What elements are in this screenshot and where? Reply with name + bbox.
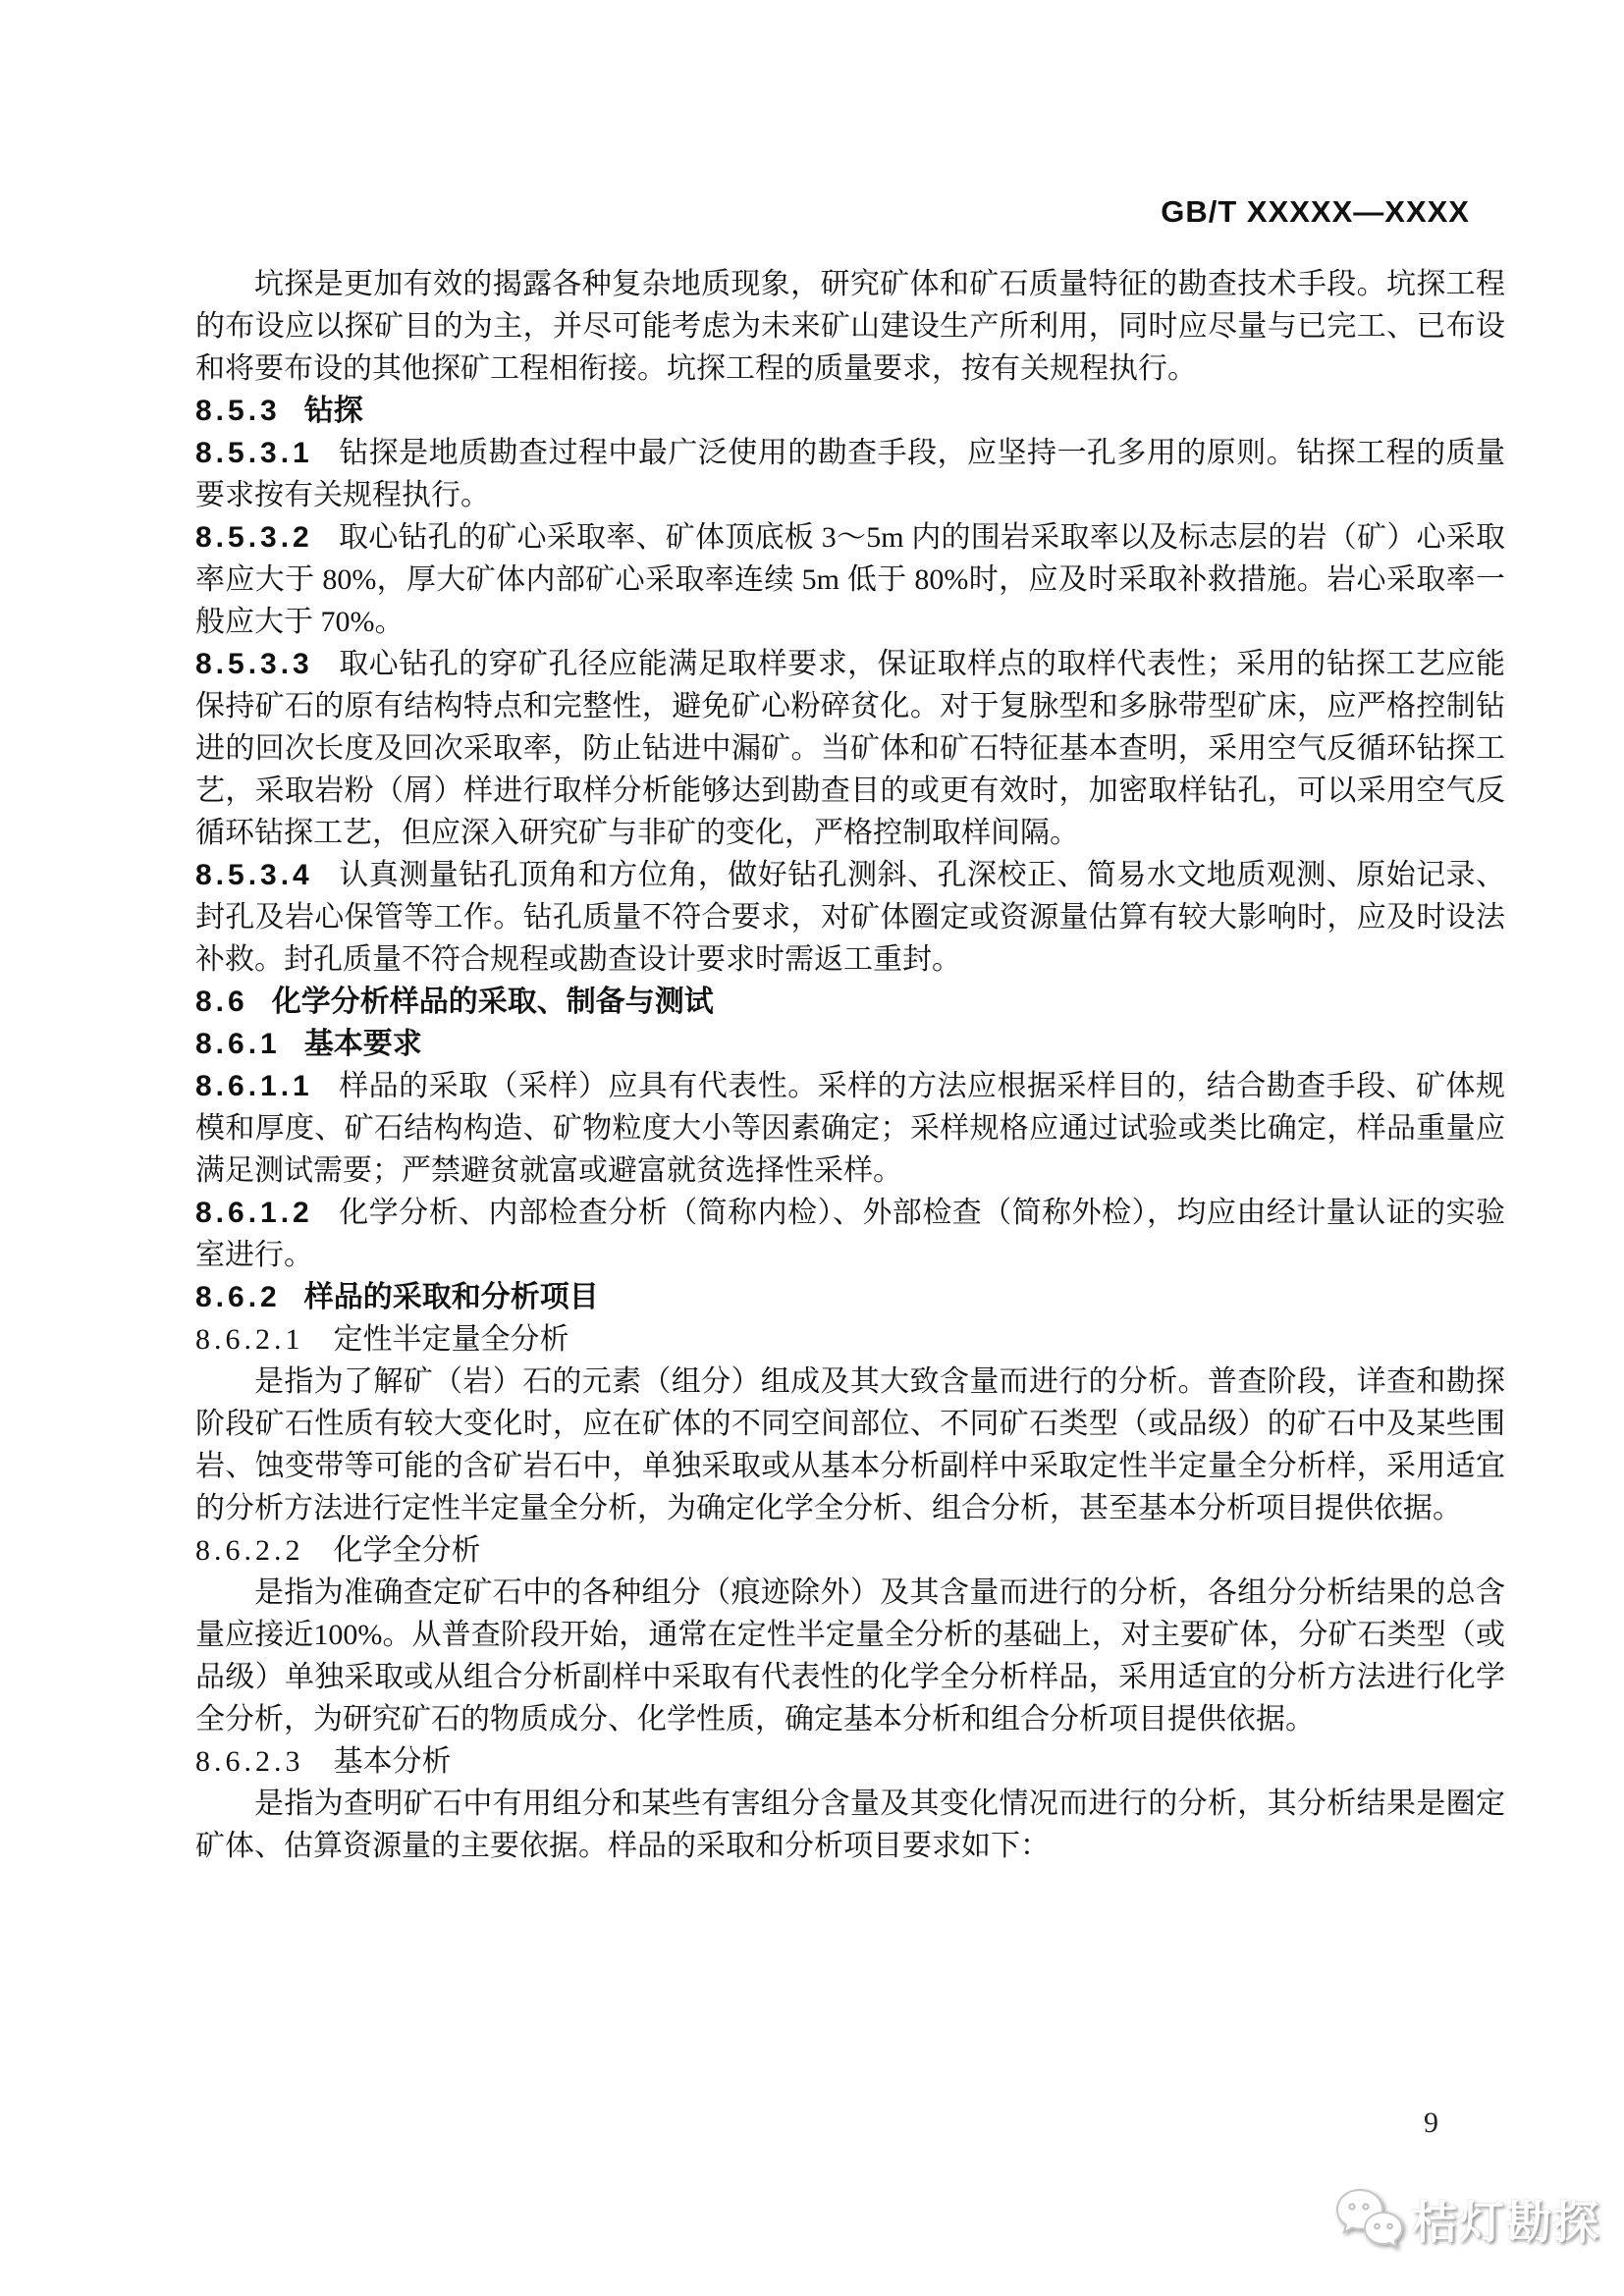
clause-text: 化学分析、内部检查分析（简称内检）、外部检查（简称外检），均应由经计量认证的实验… <box>195 1197 1505 1271</box>
section-number: 8.6 <box>195 986 248 1018</box>
subclause-heading: 8.6.2.1定性半定量全分析 <box>195 1318 1505 1361</box>
wechat-icon <box>1333 2187 1406 2252</box>
section-heading: 8.6化学分析样品的采取、制备与测试 <box>195 981 1505 1023</box>
body-paragraph: 坑探是更加有效的揭露各种复杂地质现象，研究矿体和矿石质量特征的勘查技术手段。坑探… <box>195 263 1505 390</box>
section-title: 基本要求 <box>304 1028 422 1060</box>
document-body: 坑探是更加有效的揭露各种复杂地质现象，研究矿体和矿石质量特征的勘查技术手段。坑探… <box>195 263 1505 1867</box>
subclause-number: 8.6.2.3 <box>195 1745 304 1778</box>
clause-number: 8.5.3.2 <box>195 521 313 554</box>
subclause-heading: 8.6.2.3基本分析 <box>195 1740 1505 1783</box>
clause-number: 8.5.3.4 <box>195 859 313 891</box>
subclause-title: 化学全分析 <box>334 1534 481 1567</box>
clause-paragraph: 8.6.1.1样品的采取（采样）应具有代表性。采样的方法应根据采样目的，结合勘查… <box>195 1065 1505 1192</box>
standard-code-header: GB/T XXXXX—XXXX <box>1161 194 1470 230</box>
body-paragraph: 是指为准确查定矿石中的各种组分（痕迹除外）及其含量而进行的分析，各组分分析结果的… <box>195 1572 1505 1740</box>
watermark: 桔灯勘探 <box>1333 2187 1600 2252</box>
section-heading: 8.6.2样品的采取和分析项目 <box>195 1276 1505 1318</box>
clause-number: 8.5.3.1 <box>195 437 313 469</box>
clause-number: 8.5.3.3 <box>195 648 313 680</box>
clause-paragraph: 8.5.3.1钻探是地质勘查过程中最广泛使用的勘查手段，应坚持一孔多用的原则。钻… <box>195 432 1505 516</box>
clause-text: 样品的采取（采样）应具有代表性。采样的方法应根据采样目的，结合勘查手段、矿体规模… <box>195 1070 1505 1187</box>
document-page: GB/T XXXXX—XXXX 坑探是更加有效的揭露各种复杂地质现象，研究矿体和… <box>0 0 1624 2296</box>
clause-paragraph: 8.6.1.2化学分析、内部检查分析（简称内检）、外部检查（简称外检），均应由经… <box>195 1192 1505 1276</box>
subclause-title: 基本分析 <box>334 1745 452 1778</box>
section-title: 化学分析样品的采取、制备与测试 <box>272 986 714 1018</box>
watermark-text: 桔灯勘探 <box>1412 2187 1600 2252</box>
section-number: 8.6.2 <box>195 1281 281 1313</box>
section-title: 样品的采取和分析项目 <box>304 1281 599 1313</box>
section-heading: 8.6.1基本要求 <box>195 1023 1505 1065</box>
clause-text: 取心钻孔的穿矿孔径应能满足取样要求，保证取样点的取样代表性；采用的钻探工艺应能保… <box>195 648 1505 849</box>
clause-text: 钻探是地质勘查过程中最广泛使用的勘查手段，应坚持一孔多用的原则。钻探工程的质量要… <box>195 437 1505 511</box>
section-number: 8.5.3 <box>195 395 281 427</box>
page-number: 9 <box>1424 2107 1438 2140</box>
subclause-number: 8.6.2.1 <box>195 1323 304 1356</box>
clause-text: 认真测量钻孔顶角和方位角，做好钻孔测斜、孔深校正、简易水文地质观测、原始记录、封… <box>195 859 1505 976</box>
clause-paragraph: 8.5.3.4认真测量钻孔顶角和方位角，做好钻孔测斜、孔深校正、简易水文地质观测… <box>195 854 1505 981</box>
subclause-number: 8.6.2.2 <box>195 1534 304 1567</box>
subclause-title: 定性半定量全分析 <box>334 1323 569 1356</box>
clause-number: 8.6.1.1 <box>195 1070 313 1102</box>
body-paragraph: 是指为了解矿（岩）石的元素（组分）组成及其大致含量而进行的分析。普查阶段，详查和… <box>195 1361 1505 1529</box>
clause-paragraph: 8.5.3.2取心钻孔的矿心采取率、矿体顶底板 3～5m 内的围岩采取率以及标志… <box>195 516 1505 643</box>
subclause-heading: 8.6.2.2化学全分析 <box>195 1529 1505 1572</box>
section-number: 8.6.1 <box>195 1028 281 1060</box>
section-heading: 8.5.3钻探 <box>195 390 1505 432</box>
section-title: 钻探 <box>304 395 363 427</box>
clause-text: 取心钻孔的矿心采取率、矿体顶底板 3～5m 内的围岩采取率以及标志层的岩（矿）心… <box>195 521 1505 638</box>
clause-paragraph: 8.5.3.3取心钻孔的穿矿孔径应能满足取样要求，保证取样点的取样代表性；采用的… <box>195 643 1505 854</box>
clause-number: 8.6.1.2 <box>195 1197 313 1229</box>
body-paragraph: 是指为查明矿石中有用组分和某些有害组分含量及其变化情况而进行的分析，其分析结果是… <box>195 1783 1505 1867</box>
